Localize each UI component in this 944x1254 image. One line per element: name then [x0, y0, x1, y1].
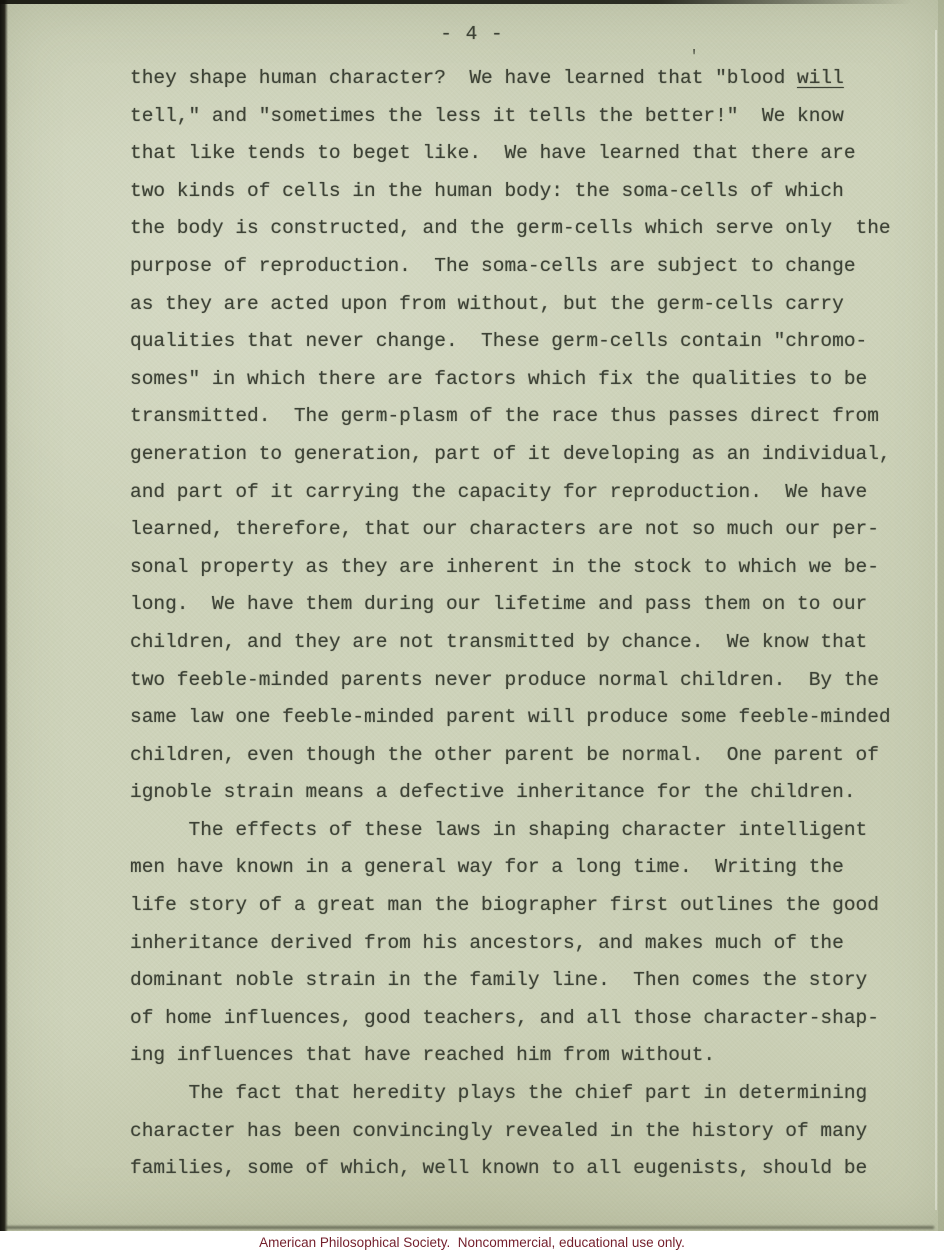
text-line: dominant noble strain in the family line…: [130, 962, 920, 1000]
text-line: ignoble strain means a defective inherit…: [130, 774, 920, 812]
text-line: ing influences that have reached him fro…: [130, 1037, 920, 1075]
text-line: generation to generation, part of it dev…: [130, 436, 920, 474]
text-line: purpose of reproduction. The soma-cells …: [130, 248, 920, 286]
scanned-page: - 4 - ' they shape human character? We h…: [0, 0, 944, 1231]
text-line: two kinds of cells in the human body: th…: [130, 173, 920, 211]
text-line: same law one feeble-minded parent will p…: [130, 699, 920, 737]
text-line: character has been convincingly revealed…: [130, 1113, 920, 1151]
text-line: The fact that heredity plays the chief p…: [130, 1075, 920, 1113]
typewritten-lines: they shape human character? We have lear…: [130, 60, 920, 1188]
text-line: as they are acted upon from without, but…: [130, 286, 920, 324]
text-line: children, even though the other parent b…: [130, 737, 920, 775]
text-line: that like tends to beget like. We have l…: [130, 135, 920, 173]
text-line: transmitted. The germ-plasm of the race …: [130, 398, 920, 436]
paper-right-edge-highlight: [935, 30, 937, 1210]
text-line: the body is constructed, and the germ-ce…: [130, 210, 920, 248]
text-line: children, and they are not transmitted b…: [130, 624, 920, 662]
text-line: inheritance derived from his ancestors, …: [130, 925, 920, 963]
text-line: of home influences, good teachers, and a…: [130, 1000, 920, 1038]
text-line: qualities that never change. These germ-…: [130, 323, 920, 361]
scan-left-edge: [0, 0, 8, 1231]
paper-bottom-edge: [6, 1226, 934, 1229]
text-line: long. We have them during our lifetime a…: [130, 586, 920, 624]
text-line: tell," and "sometimes the less it tells …: [130, 98, 920, 136]
text-line: sonal property as they are inherent in t…: [130, 549, 920, 587]
text-line: they shape human character? We have lear…: [130, 60, 920, 98]
credit-footer: American Philosophical Society. Noncomme…: [0, 1231, 944, 1254]
credit-footer-text: American Philosophical Society. Noncomme…: [259, 1235, 685, 1250]
paper-right-edge-shadow: [938, 0, 944, 1231]
text-line: life story of a great man the biographer…: [130, 887, 920, 925]
text-line: and part of it carrying the capacity for…: [130, 474, 920, 512]
text-line: two feeble-minded parents never produce …: [130, 662, 920, 700]
text-line: The effects of these laws in shaping cha…: [130, 812, 920, 850]
text-line: men have known in a general way for a lo…: [130, 849, 920, 887]
text-line: somes" in which there are factors which …: [130, 361, 920, 399]
text-line: learned, therefore, that our characters …: [130, 511, 920, 549]
page-number: - 4 -: [0, 23, 944, 45]
scan-top-edge: [0, 0, 912, 4]
text-line: families, some of which, well known to a…: [130, 1150, 920, 1188]
